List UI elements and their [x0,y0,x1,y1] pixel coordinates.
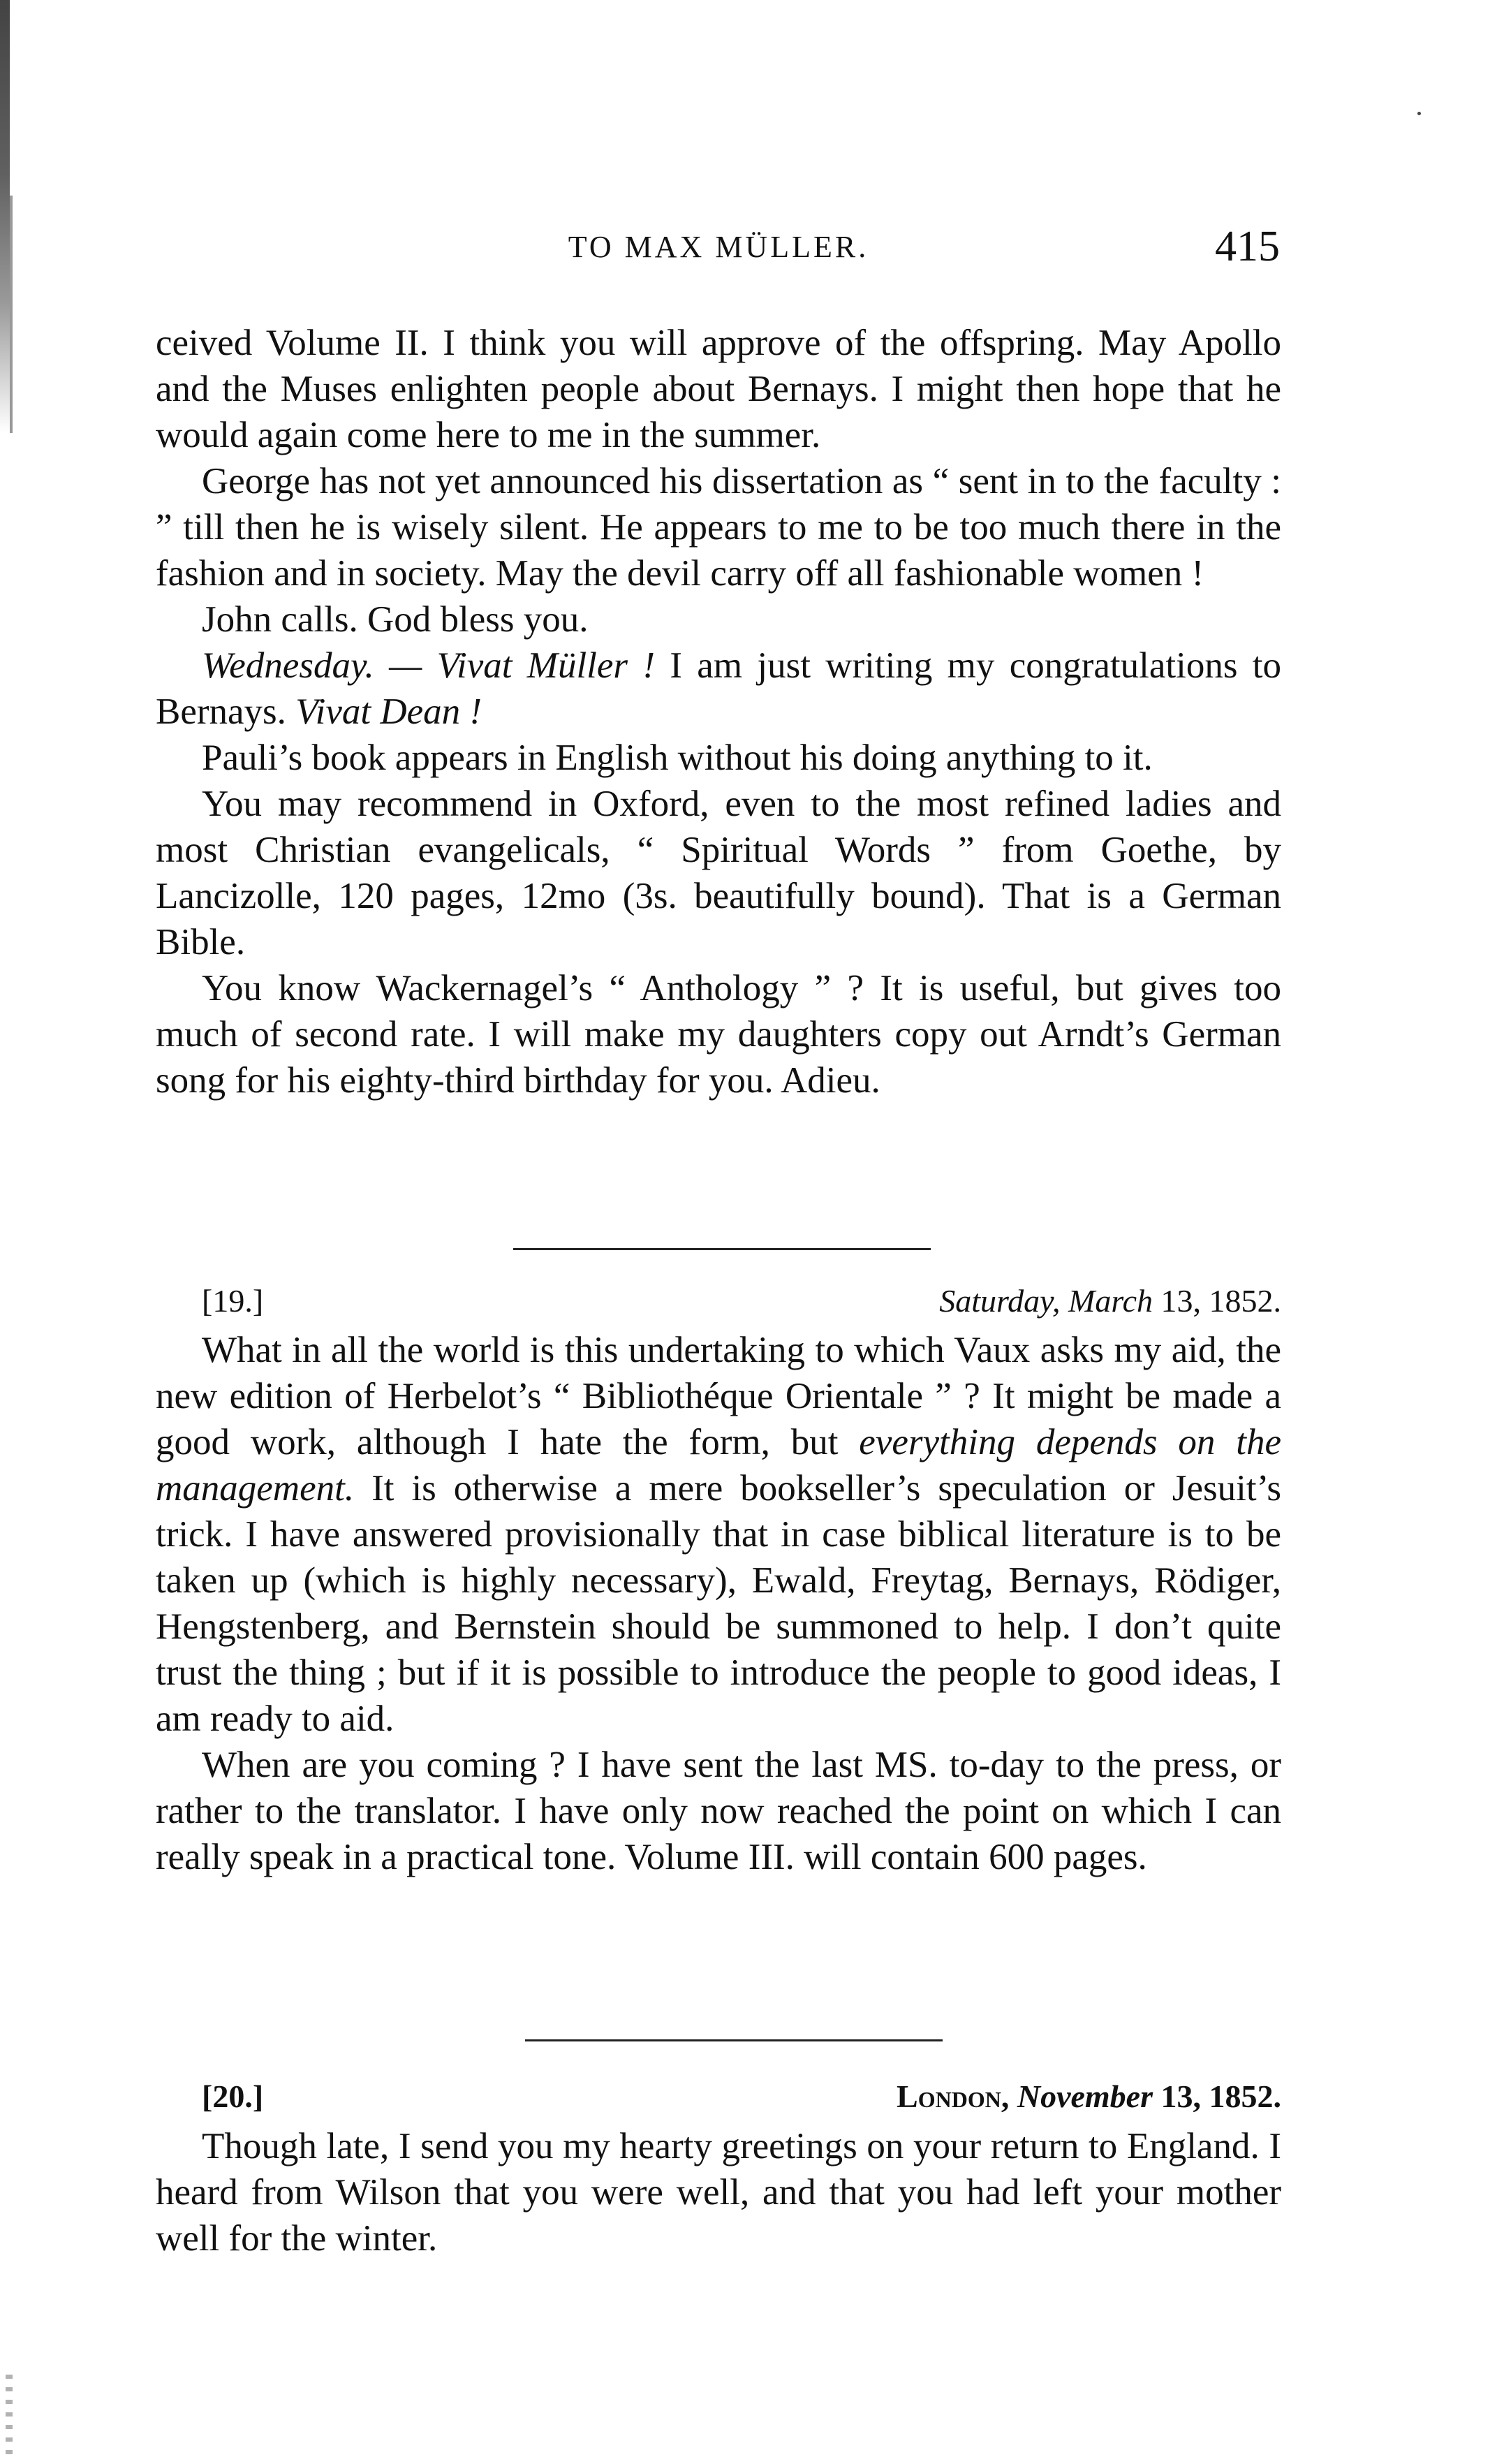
letter-number: [19.] [202,1282,263,1319]
section-divider [525,2039,943,2041]
paragraph: You know Wackernagel’s “ Anthology ” ? I… [156,965,1281,1103]
paragraph-wednesday: Wednesday. — Vivat Müller ! I am just wr… [156,643,1281,735]
scan-edge-artifact [6,2375,13,2458]
date-italic: November [1017,2078,1153,2114]
date-rest: 13, 1852. [1153,1283,1281,1319]
letter-date: Saturday, March 13, 1852. [939,1282,1281,1319]
paragraph: John calls. God bless you. [156,596,1281,643]
letter-19-heading: [19.] Saturday, March 13, 1852. [156,1282,1281,1324]
paragraph: Though late, I send you my hearty greeti… [156,2123,1281,2261]
page-header: TO MAX MÜLLER. 415 [156,222,1281,271]
letter-20-body: Though late, I send you my hearty greeti… [156,2123,1281,2261]
paragraph: ceived Volume II. I think you will appro… [156,320,1281,458]
paragraph: What in all the world is this undertakin… [156,1327,1281,1742]
paragraph: Pauli’s book appears in English without … [156,735,1281,781]
scan-edge-artifact [0,0,10,433]
scan-speck [1417,112,1421,115]
italic-text: Vivat Dean ! [295,691,482,732]
letter-date: London, November 13, 1852. [897,2078,1281,2115]
letter-20-heading: [20.] London, November 13, 1852. [156,2078,1281,2120]
text: It is otherwise a mere bookseller’s spec… [156,1468,1281,1739]
running-title: TO MAX MÜLLER. [156,229,1281,265]
continued-letter: ceived Volume II. I think you will appro… [156,320,1281,1103]
letter-19-body: What in all the world is this undertakin… [156,1327,1281,1880]
section-divider [513,1248,931,1250]
date-italic: Saturday, March [939,1283,1153,1319]
date-place: London [897,2078,1001,2114]
paragraph: You may recommend in Oxford, even to the… [156,781,1281,965]
page-number: 415 [1215,222,1280,272]
italic-text: Wednesday. — Vivat Müller ! [202,645,655,686]
date-rest: 13, 1852. [1153,2078,1281,2114]
scan-edge-artifact [10,196,13,433]
letter-number: [20.] [202,2078,263,2115]
paragraph: When are you coming ? I have sent the la… [156,1742,1281,1880]
paragraph: George has not yet announced his dissert… [156,458,1281,596]
